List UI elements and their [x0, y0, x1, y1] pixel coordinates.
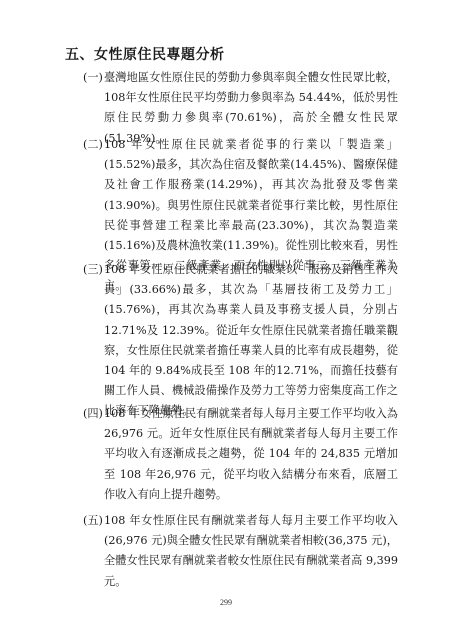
paragraph-item-3: (三) 108 年女性原住民就業者擔任的職業以「服務及銷售工作人員」(33.66… — [83, 260, 398, 422]
item-text: 108 年女性原住民就業者擔任的職業以「服務及銷售工作人員」(33.66%)最多… — [104, 260, 398, 422]
item-label: (五) — [83, 511, 104, 531]
item-label: (二) — [83, 135, 104, 155]
paragraph-item-4: (四) 108 年女性原住民有酬就業者每人每月主要工作平均收入為26,976 元… — [83, 404, 398, 505]
item-text: 108 年女性原住民有酬就業者每人每月主要工作平均收入(26,976 元)與全體… — [104, 511, 398, 592]
item-label: (四) — [83, 404, 104, 424]
item-label: (一) — [83, 68, 104, 88]
section-heading: 五、女性原住民專題分析 — [65, 44, 225, 64]
item-label: (三) — [83, 260, 104, 280]
paragraph-item-5: (五) 108 年女性原住民有酬就業者每人每月主要工作平均收入(26,976 元… — [83, 511, 398, 592]
item-text: 108 年女性原住民有酬就業者每人每月主要工作平均收入為26,976 元。近年女… — [104, 404, 398, 505]
page-number: 299 — [0, 598, 452, 607]
